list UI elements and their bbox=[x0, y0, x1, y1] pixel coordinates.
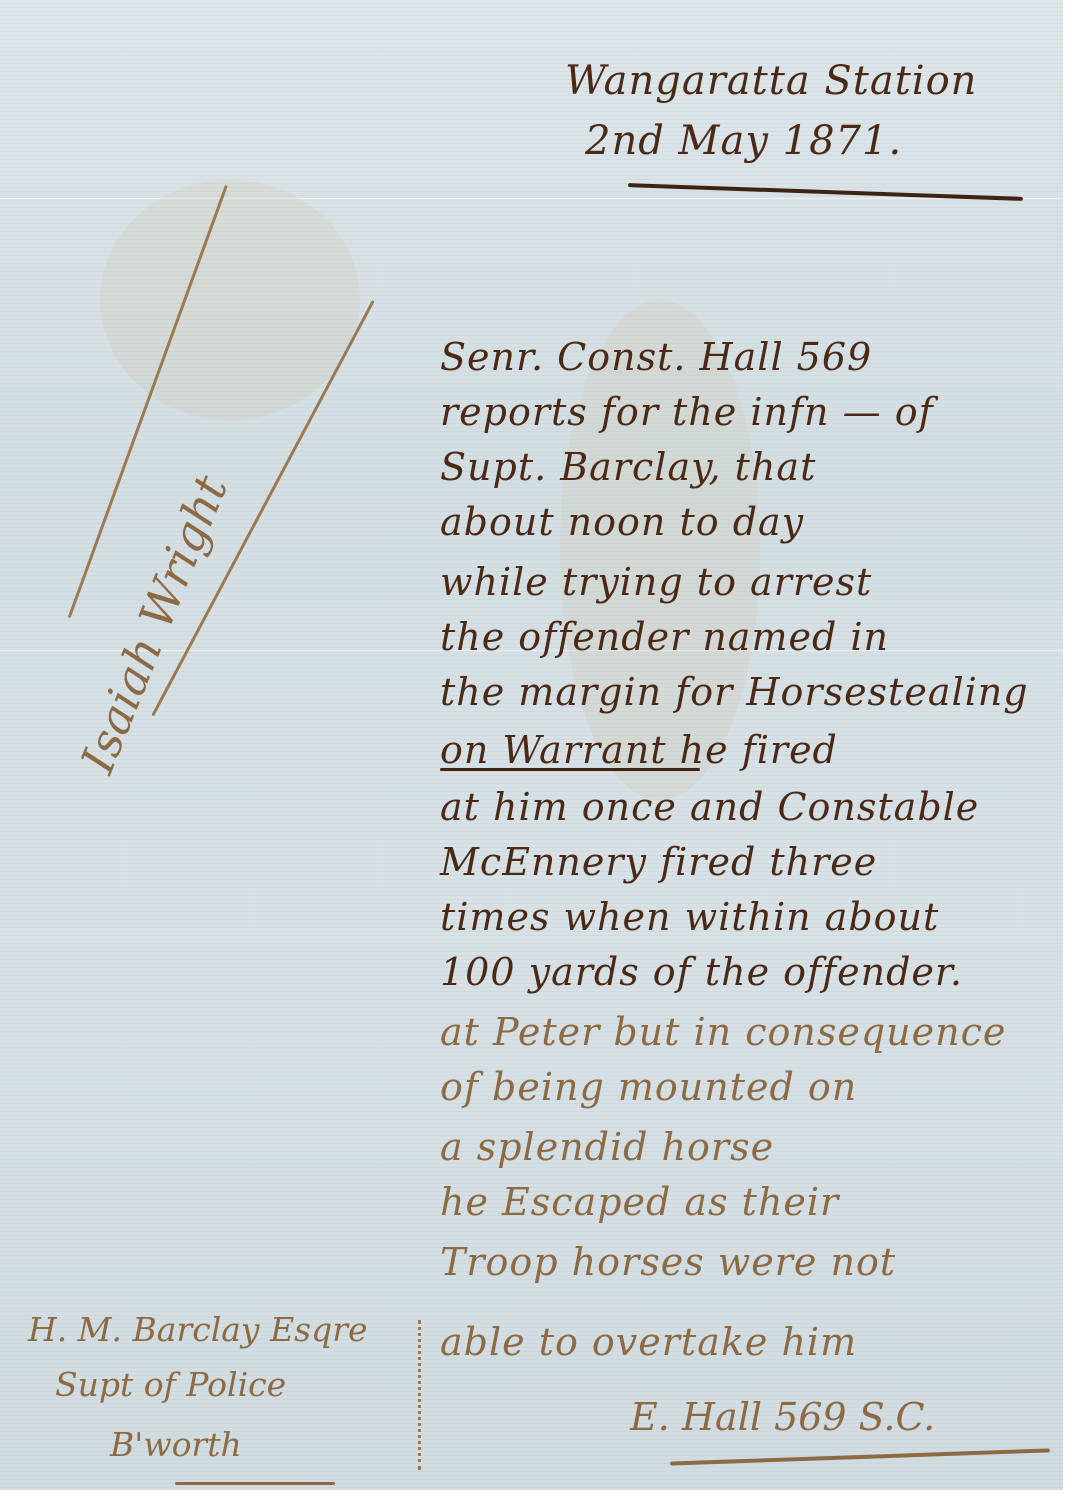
body-line: at him once and Constable bbox=[440, 785, 979, 829]
addressee-line: Supt of Police bbox=[55, 1365, 286, 1404]
body-line: 100 yards of the offender. bbox=[440, 950, 963, 994]
body-line: Troop horses were not bbox=[440, 1240, 896, 1284]
heading-date: 2nd May 1871. bbox=[585, 118, 1003, 164]
body-line: reports for the infn — of bbox=[440, 390, 934, 434]
body-line: he Escaped as their bbox=[440, 1180, 839, 1224]
body-line: the offender named in bbox=[440, 615, 889, 659]
margin-note-offender-name: Isaiah Wright bbox=[70, 468, 238, 780]
body-line: at Peter but in consequence bbox=[440, 1010, 1006, 1054]
paper-stain bbox=[100, 180, 360, 420]
heading-place: Wangaratta Station bbox=[565, 58, 1003, 104]
body-line: a splendid horse bbox=[440, 1125, 774, 1169]
addressee-underline bbox=[175, 1482, 335, 1485]
letter-paper: Wangaratta Station 2nd May 1871. Isaiah … bbox=[0, 0, 1063, 1490]
signature-underline bbox=[670, 1448, 1050, 1465]
signature: E. Hall 569 S.C. bbox=[630, 1395, 935, 1439]
body-line: on Warrant he fired bbox=[440, 728, 838, 772]
body-line: Senr. Const. Hall 569 bbox=[440, 335, 872, 379]
addressee-line: H. M. Barclay Esqre bbox=[28, 1310, 368, 1349]
body-line: about noon to day bbox=[440, 500, 804, 544]
addressee-line: B'worth bbox=[110, 1425, 242, 1464]
addressee-brace bbox=[418, 1320, 439, 1470]
warrant-underline bbox=[440, 768, 700, 771]
body-line: Supt. Barclay, that bbox=[440, 445, 816, 489]
body-line: of being mounted on bbox=[440, 1065, 857, 1109]
body-line: McEnnery fired three bbox=[440, 840, 877, 884]
body-line: able to overtake him bbox=[440, 1320, 857, 1364]
body-line: times when within about bbox=[440, 895, 939, 939]
body-line: the margin for Horsestealing bbox=[440, 670, 1029, 714]
body-line: while trying to arrest bbox=[440, 560, 872, 604]
